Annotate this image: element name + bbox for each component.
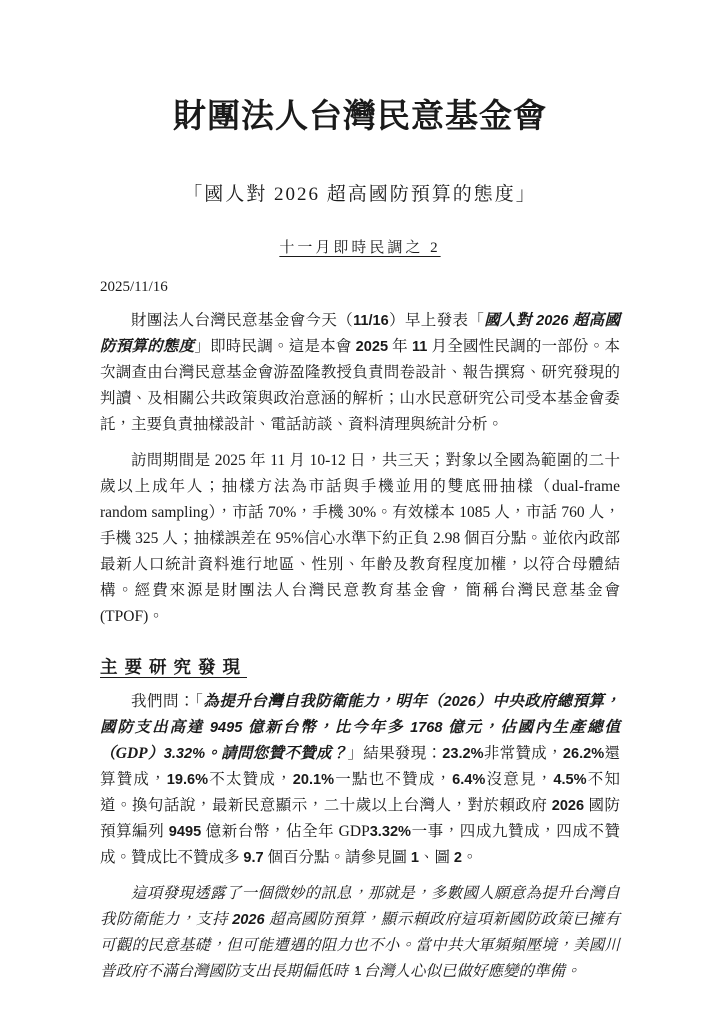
document-title: 財團法人台灣民意基金會 <box>100 96 620 139</box>
series-label: 十一月即時民調之 2 <box>279 240 440 256</box>
document-page: 財團法人台灣民意基金會 「國人對 2026 超高國防預算的態度」 十一月即時民調… <box>0 0 716 1024</box>
page-number: 1 <box>0 964 716 978</box>
series-row: 十一月即時民調之 2 <box>100 236 620 257</box>
findings-lead: 我們問：「 <box>131 693 203 710</box>
paragraph-findings: 我們問：「為提升台灣自我防衛能力，明年（2026）中央政府總預算，國防支出高達 … <box>100 689 620 871</box>
document-subtitle: 「國人對 2026 超高國防預算的態度」 <box>100 179 620 206</box>
section-heading: 主要研究發現 <box>100 657 247 677</box>
paragraph-intro: 財團法人台灣民意基金會今天（11/16）早上發表「國人對 2026 超高國防預算… <box>100 308 620 438</box>
section-heading-row: 主要研究發現 <box>100 654 620 679</box>
findings-results: 」結果發現：23.2%非常贊成，26.2%還算贊成，19.6%不太贊成，20.1… <box>100 745 620 866</box>
intro-lead: 財團法人台灣民意基金會今天（11/16）早上發表「 <box>131 312 484 329</box>
paragraph-methodology: 訪問期間是 2025 年 11 月 10-12 日，共三天；對象以全國為範圍的二… <box>100 448 620 630</box>
date-line: 2025/11/16 <box>100 279 620 296</box>
